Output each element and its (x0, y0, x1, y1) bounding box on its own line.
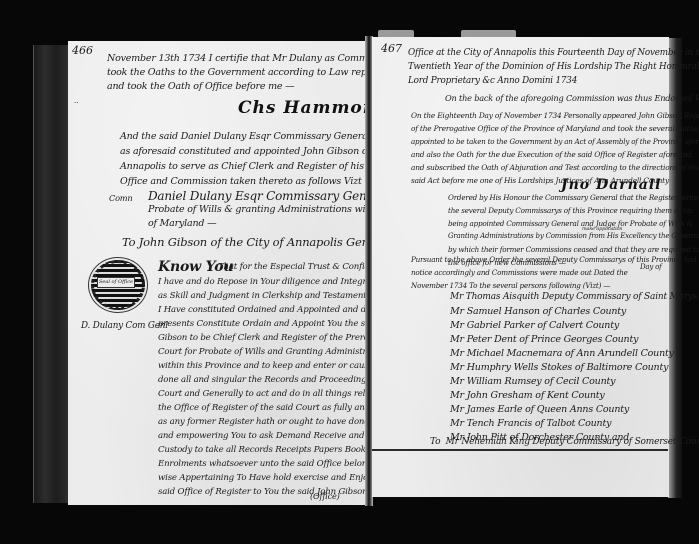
endorsement-line-3: appointed to be taken to the Government … (411, 137, 699, 146)
pursuant-line-3: November 1734 To the several persons fol… (411, 281, 610, 290)
commission-text-0: That for the Especial Trust & Confidence (218, 262, 390, 272)
deputy-list-item: Mr Michael Macnemara of Ann Arundell Cou… (450, 348, 674, 359)
commission-text-10: the Office of Register of the said Court… (158, 403, 398, 413)
order-line-1: Ordered by His Honour the Commissary Gen… (448, 193, 699, 202)
certificate-line-3: and took the Oath of Office before me — (107, 81, 294, 92)
margin-mark: .. (74, 97, 78, 105)
commission-text-7: within this Province and to keep and ent… (158, 361, 397, 371)
commission-text-4: presents Constitute Ordain and Appoint Y… (158, 319, 399, 329)
deputy-list-item: Mr William Rumsey of Cecil County (450, 376, 615, 387)
final-line: To Mr Nehemiah King Deputy Commissary of… (430, 437, 699, 447)
right-page-number: 467 (381, 42, 402, 55)
deputy-list-item: Mr Peter Dent of Prince Georges County (450, 334, 638, 345)
order-line-3: being appointed Commissary General and J… (448, 219, 693, 228)
seal-label: Seal of Office (97, 277, 135, 288)
book-spine-edge-left (33, 45, 71, 503)
opening-line-2: Twentieth Year of the Dominion of His Lo… (408, 62, 699, 72)
order-insert: make application (582, 226, 622, 232)
pursuant-margin: Day of (640, 263, 662, 271)
endorsement-heading: On the back of the aforegoing Commission… (445, 93, 699, 103)
signature-darnall: Jno Darnall (561, 177, 662, 193)
deputy-list-item: Mr Tench Francis of Talbot County (450, 418, 611, 429)
left-page-number: 466 (72, 44, 93, 57)
pursuant-line-2: notice accordingly and Commissions were … (411, 268, 628, 277)
opening-line-1: Office at the City of Annapolis this Fou… (408, 48, 699, 58)
order-line-4: Granting Administrations by Commission f… (448, 232, 699, 240)
closing-office: (Office) (310, 491, 340, 501)
end-rule (372, 449, 668, 451)
commission-text-6: Court for Probate of Wills and Granting … (158, 347, 392, 357)
final-line-prefix-text: To (430, 437, 440, 447)
commission-text-5: Gibson to be Chief Clerk and Register of… (158, 333, 394, 343)
margin-signature-dulany: D. Dulany Com Genl (81, 321, 168, 331)
deputy-list-item: Mr Thomas Aisquith Deputy Commissary of … (450, 292, 699, 302)
endorsement-line-5: and subscribed the Oath of Abjuration an… (411, 163, 699, 172)
endorsement-line-2: of the Prerogative Office of the Provinc… (411, 124, 698, 133)
body-line-4: Office and Commission taken thereto as f… (120, 176, 362, 187)
deputy-list-item: Mr Gabriel Parker of Calvert County (450, 320, 619, 331)
deputy-list-item: Mr Samuel Hanson of Charles County (450, 306, 626, 317)
commission-text-9: Court and Generally to act and do in all… (158, 389, 397, 399)
deputy-list-item: Mr Humphry Wells Stokes of Baltimore Cou… (450, 362, 668, 373)
opening-line-3: Lord Proprietary &c Anno Domini 1734 (408, 76, 577, 86)
endorsement-line-4: and also the Oath for the due Execution … (411, 150, 692, 159)
commission-text-15: wise Appertaining To Have hold exercise … (158, 473, 389, 483)
order-line-5: by which their former Commissions ceased… (448, 245, 699, 254)
book-page-edges-right (668, 38, 682, 498)
deputy-list-item: Mr James Earle of Queen Anns County (450, 404, 629, 415)
endorsement-line-1: On the Eighteenth Day of November 1734 P… (411, 111, 699, 120)
commission-text-13: Custody to take all Records Receipts Pap… (158, 445, 388, 455)
commission-heading-3: of Maryland — (148, 218, 216, 229)
final-line-text: Mr Nehemiah King Deputy Commissary of So… (446, 437, 699, 447)
margin-note-commission: Comn (109, 193, 132, 203)
order-line-2: the several Deputy Commissarys of this P… (448, 206, 693, 215)
deputy-list-item: Mr John Gresham of Kent County (450, 390, 605, 401)
